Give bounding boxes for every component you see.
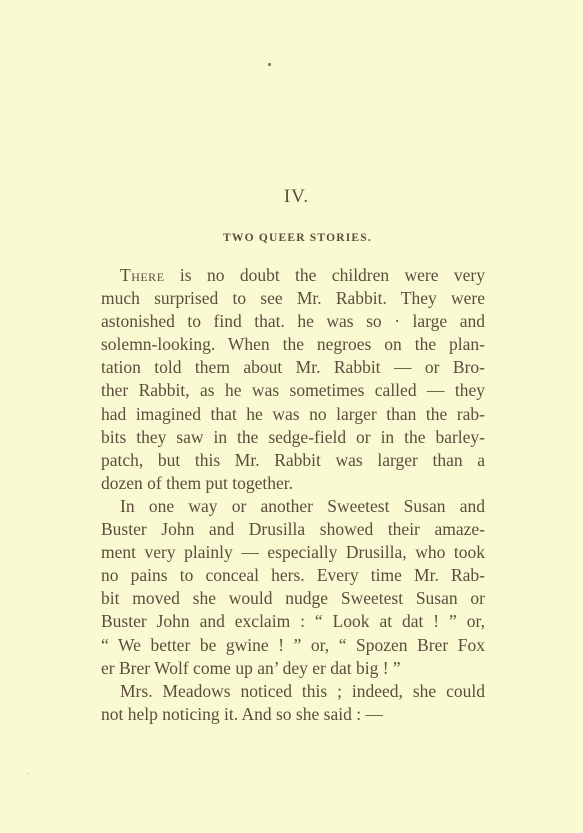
text-line: had imagined that he was no larger than …: [101, 403, 485, 426]
text-line: dozen of them put together.: [101, 472, 485, 495]
text-line: no pains to conceal hers. Every time Mr.…: [101, 564, 485, 587]
text-line: not help noticing it. And so she said : …: [101, 703, 485, 726]
text-line: In one way or another Sweetest Susan and: [101, 495, 485, 518]
lead-word: There: [120, 265, 165, 285]
chapter-number: IV.: [0, 186, 583, 208]
text-line: ment very plainly — especially Drusilla,…: [101, 541, 485, 564]
text-line: bits they saw in the sedge-field or in t…: [101, 426, 485, 449]
text-line: tation told them about Mr. Rabbit — or B…: [101, 356, 485, 379]
text-line: Mrs. Meadows noticed this ; indeed, she …: [101, 680, 485, 703]
printing-speck: [268, 63, 271, 66]
text-line: astonished to find that. he was so · lar…: [101, 310, 485, 333]
text-line: ther Rabbit, as he was sometimes called …: [101, 379, 485, 402]
text-line: “ We better be gwine ! ” or, “ Spozen Br…: [101, 634, 485, 657]
chapter-body: There is no doubt the children were very…: [101, 264, 485, 726]
printing-speck: [28, 773, 29, 774]
text-line: solemn-looking. When the negroes on the …: [101, 333, 485, 356]
text-line: er Brer Wolf come up an’ dey er dat big …: [101, 657, 485, 680]
chapter-title: TWO QUEER STORIES.: [0, 232, 583, 244]
text-line: Buster John and Drusilla showed their am…: [101, 518, 485, 541]
text-line: bit moved she would nudge Sweetest Susan…: [101, 587, 485, 610]
text-line: patch, but this Mr. Rabbit was larger th…: [101, 449, 485, 472]
text-line: much surprised to see Mr. Rabbit. They w…: [101, 287, 485, 310]
text-line: There is no doubt the children were very: [101, 264, 485, 287]
text-line: Buster John and exclaim : “ Look at dat …: [101, 610, 485, 633]
